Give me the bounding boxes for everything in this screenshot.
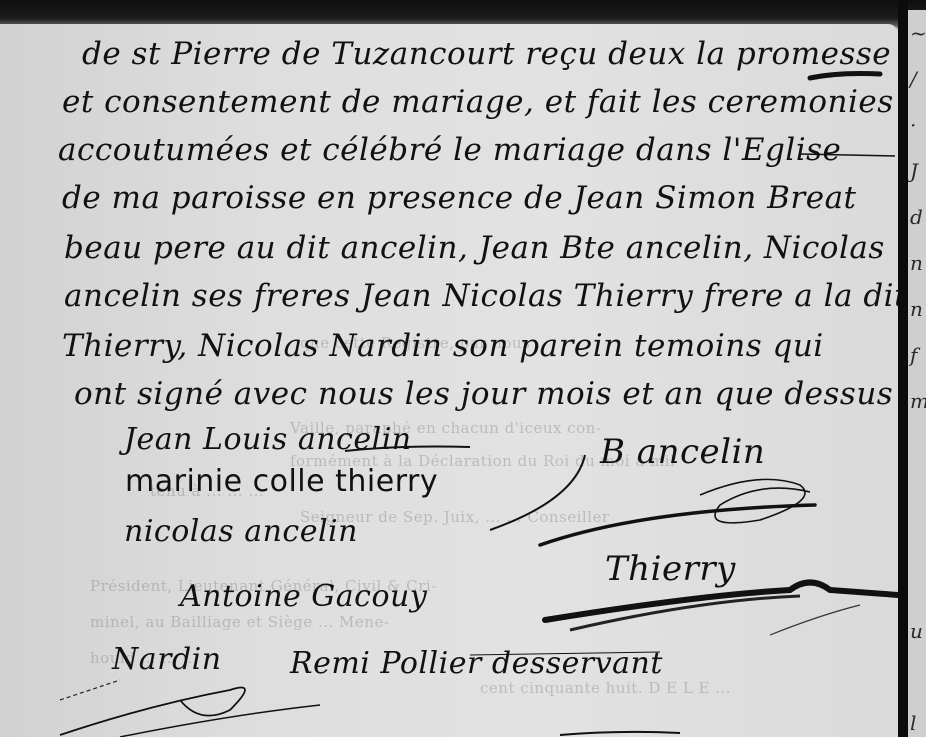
bleed-text-line: minel, au Bailliage et Siège ... Mene- xyxy=(90,613,389,631)
signature-marinie-colle-thierry: marinie colle thierry xyxy=(125,464,438,499)
signature-jean-louis-ancelin: Jean Louis ancelin xyxy=(124,422,412,457)
register-line-3: accoutumées et célébré le mariage dans l… xyxy=(58,132,841,168)
signature-b-ancelin: B ancelin xyxy=(600,432,765,472)
adjacent-page-handwriting: ~ / · J d n n f m u l d xyxy=(908,10,926,737)
signature-nardin: Nardin xyxy=(112,642,222,677)
scanned-register-page: que cette Registre, par nous Vaille, par… xyxy=(0,0,926,737)
signature-thierry: Thierry xyxy=(605,549,736,589)
register-line-8: ont signé avec nous les jour mois et an … xyxy=(74,376,893,412)
bleed-text-line: cent cinquante huit. D E L E ... xyxy=(480,679,731,697)
signature-remi-pollier-desservant: Remi Pollier desservant xyxy=(290,646,663,681)
register-page: que cette Registre, par nous Vaille, par… xyxy=(0,24,898,737)
register-line-6: ancelin ses freres Jean Nicolas Thierry … xyxy=(64,278,926,314)
signature-antoine-gacouy: Antoine Gacouy xyxy=(180,579,427,614)
adjacent-page-edge: ~ / · J d n n f m u l d xyxy=(908,10,926,737)
register-line-7: Thierry, Nicolas Nardin son parein temoi… xyxy=(62,328,824,364)
register-line-4: de ma paroisse en presence de Jean Simon… xyxy=(62,180,857,216)
register-line-2: et consentement de mariage, et fait les … xyxy=(62,84,894,120)
register-line-1: de st Pierre de Tuzancourt reçu deux la … xyxy=(82,36,891,72)
book-binding-gutter xyxy=(898,0,908,737)
signature-nicolas-ancelin: nicolas ancelin xyxy=(124,514,358,549)
register-line-5: beau pere au dit ancelin, Jean Bte ancel… xyxy=(64,230,885,266)
